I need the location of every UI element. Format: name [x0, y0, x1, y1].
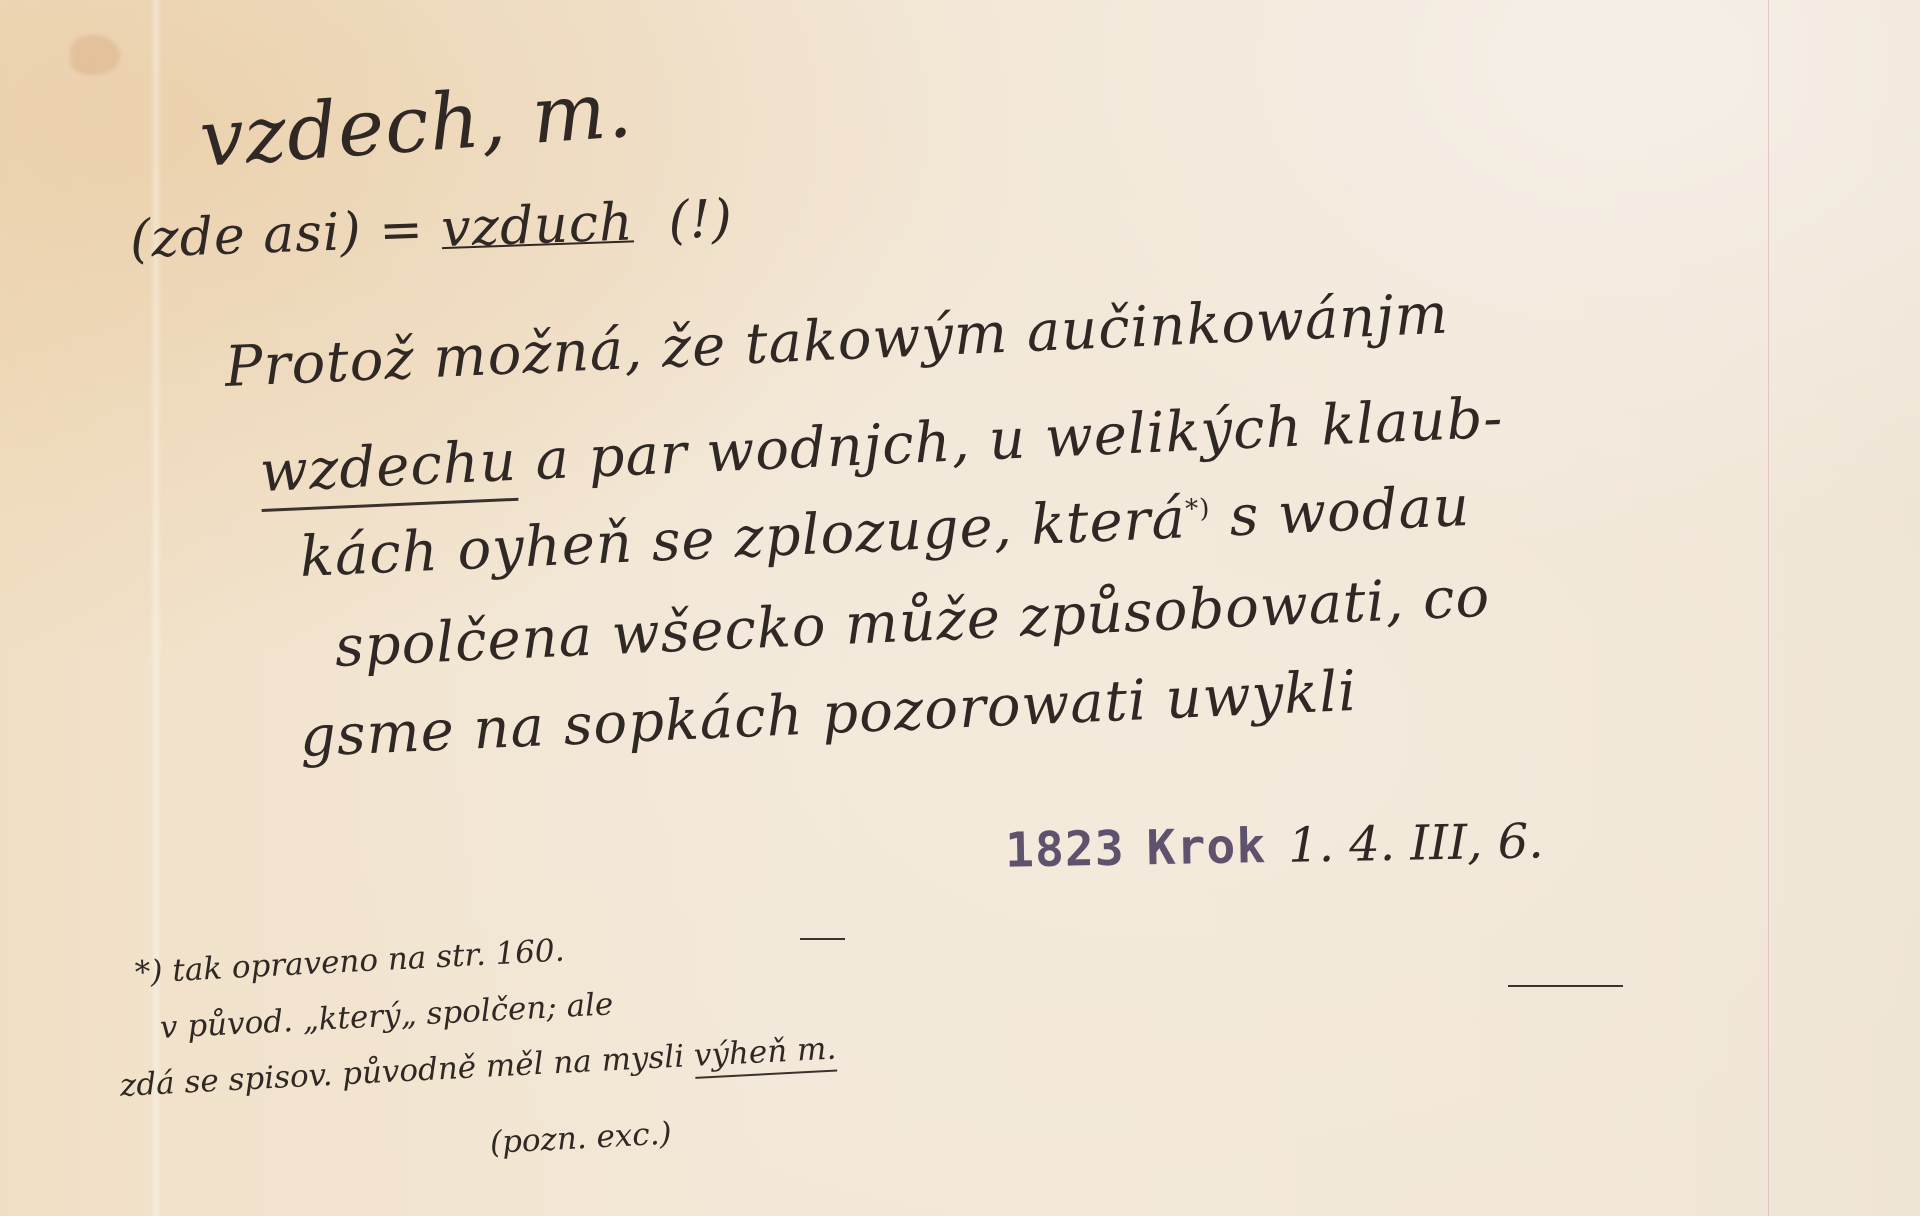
headword: vzdech, m.	[197, 65, 636, 185]
separator-dash	[1508, 985, 1623, 987]
starred-word: která	[1030, 486, 1187, 558]
citation-line-1: Protož možná, že takowým aučinkowánjm	[224, 282, 1450, 400]
gloss-equivalent: vzduch	[440, 192, 634, 259]
margin-rule	[1768, 0, 1769, 1216]
paper-stain	[70, 35, 120, 75]
footnote-marker: *)	[1185, 494, 1211, 525]
gloss: (zde asi) = vzduch (!)	[129, 189, 734, 270]
separator-dash	[800, 938, 845, 940]
gloss-prefix: (zde asi) =	[129, 199, 442, 270]
citation-line-2-rest: a par wodnjch, u welikých klaub-	[515, 386, 1504, 494]
stamp-source: Krok	[1146, 818, 1267, 876]
footnote-line-4: (pozn. exc.)	[489, 1116, 672, 1161]
stamp-year: 1823	[1005, 821, 1126, 879]
citation-line-3-before: kách oyheň se zplozuge,	[299, 493, 1033, 590]
footnote-suggested-word: výheň m.	[693, 1030, 837, 1078]
footnote-line-3-text: zdá se spisov. původně měl na mysli	[119, 1038, 695, 1104]
footnote-line-2: v původ. „který„ spolčen; ale	[159, 986, 614, 1046]
source-reference: 1823Krok1. 4. III, 6.	[1005, 813, 1544, 878]
citation-keyword: wzdechu	[259, 429, 519, 512]
dictionary-slip: vzdech, m. (zde asi) = vzduch (!) Protož…	[0, 0, 1920, 1216]
citation-line-5: gsme na sopkách pozorowati uwykli	[299, 659, 1359, 770]
gloss-remark: (!)	[667, 189, 734, 251]
footnote-line-1: *) tak opraveno na str. 160.	[134, 933, 565, 991]
source-locator: 1. 4. III, 6.	[1288, 813, 1544, 873]
citation-line-3-after: s wodau	[1209, 474, 1471, 550]
